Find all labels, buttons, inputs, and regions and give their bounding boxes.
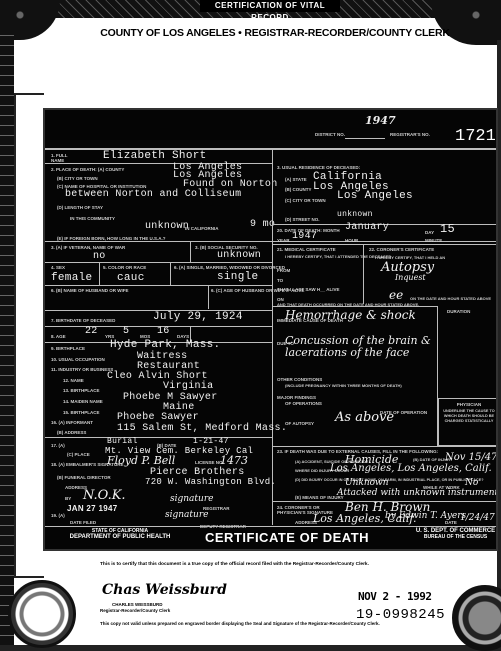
residence-street: unknown bbox=[337, 210, 373, 219]
burial-date: 1-21-47 bbox=[193, 437, 229, 446]
registrar-number: 1721 bbox=[455, 127, 496, 146]
race: cauc bbox=[117, 272, 145, 284]
sex: female bbox=[51, 272, 92, 284]
age-days: 16 bbox=[157, 326, 170, 337]
physician-box-note: Underline the cause to which death shoul… bbox=[439, 407, 498, 426]
validity-note: This copy not valid unless prepared on e… bbox=[100, 621, 380, 627]
birthdate: July 29, 1924 bbox=[153, 311, 243, 323]
deputy-signature: signature bbox=[165, 510, 208, 520]
coroner-initials: ee bbox=[389, 288, 403, 302]
certification-banner: CERTIFICATION OF VITAL RECORD bbox=[200, 0, 340, 12]
death-certificate: 1947 District No. Registrar's No. 1721 1… bbox=[43, 108, 498, 551]
death-location-line: between Norton and Colliseum bbox=[65, 189, 241, 200]
age-years: 22 bbox=[85, 326, 98, 337]
autopsy-findings: As above bbox=[335, 410, 394, 425]
major-findings-label: Major findings bbox=[277, 395, 316, 400]
operations-label: Of operations bbox=[285, 401, 322, 406]
coroner-certificate-label: 22. Coroner's Certificate bbox=[369, 247, 434, 252]
federal-department: U. S. DEPT. OF COMMERCE BUREAU OF THE CE… bbox=[413, 528, 498, 540]
embossed-seal-icon bbox=[452, 585, 501, 651]
filed-date-label: 19. (a) bbox=[51, 513, 65, 518]
birthplace-label: 9. Birthplace bbox=[51, 346, 85, 351]
funeral-director-label: (b) Funeral Director bbox=[57, 475, 111, 480]
engraved-border-left bbox=[0, 30, 14, 651]
residence-city: Los Angeles bbox=[337, 190, 413, 202]
full-name: Elizabeth Short bbox=[103, 150, 207, 162]
while-at-work: No bbox=[465, 478, 478, 488]
means-of-injury: Attacked with unknown instrument bbox=[337, 488, 498, 498]
occupation-label: 10. Usual Occupation bbox=[51, 357, 105, 362]
birthplace: Hyde Park, Mass. bbox=[110, 339, 220, 351]
in-california-label: In California bbox=[185, 226, 219, 231]
coroner-date-label: Date bbox=[445, 520, 457, 525]
death-day-label: Day bbox=[425, 230, 434, 235]
state-department: STATE OF CALIFORNIA DEPARTMENT OF PUBLIC… bbox=[55, 528, 185, 540]
embalmer-signature: Floyd P. Bell bbox=[107, 454, 175, 467]
other-conditions-label: Other conditions bbox=[277, 377, 322, 382]
age-months: 5 bbox=[123, 326, 129, 337]
marital-status-label: 6. (a) Single, Married, Widowed or Divor… bbox=[174, 265, 285, 270]
residence-street-label: (d) Street No. bbox=[285, 217, 320, 222]
nok-signature: N.O.K. bbox=[83, 488, 126, 503]
registrar-no-label: Registrar's No. bbox=[390, 132, 430, 137]
industry-label: 11. Industry or Business bbox=[51, 367, 113, 372]
filed-date: JAN 27 1947 bbox=[67, 504, 117, 513]
registrar-signature: signature bbox=[170, 494, 213, 504]
by-label: By bbox=[65, 496, 71, 501]
medical-from-label: from bbox=[277, 268, 290, 273]
autopsy-label: Of autopsy bbox=[285, 421, 314, 426]
certificate-title: CERTIFICATE OF DEATH bbox=[205, 530, 369, 545]
department-name: DEPARTMENT OF PUBLIC HEALTH bbox=[55, 534, 185, 540]
attestation-text: This is to certify that this document is… bbox=[100, 562, 369, 567]
marital-status: single bbox=[217, 271, 258, 283]
death-day: 15 bbox=[440, 222, 455, 236]
embalmer-license: 1473 bbox=[220, 454, 248, 467]
father-birthplace: Virginia bbox=[163, 381, 213, 392]
border-bottom bbox=[0, 645, 501, 651]
burial-type: Burial bbox=[107, 437, 138, 446]
medical-certificate-label: 21. Medical Certificate bbox=[277, 247, 336, 252]
veteran-label: 3. (a) If Veteran, Name of War bbox=[51, 245, 125, 250]
death-hour-label: Hour bbox=[345, 238, 358, 243]
spouse-name-label: 6. (b) Name of Husband or Wife bbox=[51, 288, 129, 293]
injury-where: Los Angeles, Los Angeles, Calif. bbox=[330, 463, 492, 474]
district-no-label: District No. bbox=[315, 132, 345, 137]
immediate-cause: Hemorrhage & shock bbox=[285, 309, 435, 321]
death-month: January bbox=[345, 222, 389, 233]
length-of-stay-label: (d) Length of Stay bbox=[57, 205, 103, 210]
bureau-of-census: BUREAU OF THE CENSUS bbox=[413, 534, 498, 540]
engraved-border-top: CERTIFICATION OF VITAL RECORD bbox=[0, 0, 501, 18]
county-header: COUNTY OF LOS ANGELES • REGISTRAR-RECORD… bbox=[100, 27, 450, 39]
inquest-note: Inquest bbox=[395, 273, 426, 282]
mother-maiden-name-label: 14. Maiden Name bbox=[63, 399, 103, 404]
other-conditions-note: (Include pregnancy within three months o… bbox=[285, 383, 402, 388]
informant: Phoebe Sawyer bbox=[117, 412, 199, 423]
mother-birthplace-label: 15. Birthplace bbox=[63, 410, 100, 415]
coroner-date: 1/24/47 bbox=[460, 513, 495, 523]
registrar-recorder-signature: Chas Weissburd bbox=[102, 582, 227, 598]
residence-state-label: (a) State bbox=[285, 177, 307, 182]
issue-date: NOV 2 - 1992 bbox=[358, 590, 431, 603]
medical-last-saw-label: that I last saw h__ alive bbox=[277, 287, 340, 292]
place-of-death-label: 2. Place of Death: (a) County bbox=[51, 167, 124, 172]
veteran: no bbox=[93, 251, 106, 262]
burial-label: 17. (a) bbox=[51, 443, 65, 448]
residence-county-label: (b) County bbox=[285, 187, 312, 192]
funeral-address: 720 W. Washington Blvd. bbox=[145, 477, 276, 487]
age-label: 8. Age bbox=[51, 334, 66, 339]
physician-box: Physician Underline the cause to which d… bbox=[438, 398, 498, 446]
father-name-label: 12. Name bbox=[63, 378, 84, 383]
in-community: unknown bbox=[145, 221, 189, 232]
signer-name: CHARLES WEISSBURD bbox=[112, 602, 163, 607]
due-to: Concussion of the brain & lacerations of… bbox=[285, 335, 435, 359]
death-minute-label: Minute bbox=[425, 238, 442, 243]
signer-title: Registrar-Recorder/County Clerk bbox=[100, 608, 170, 613]
date-filed-label: Date Filed bbox=[70, 520, 96, 525]
coroner-address: Los Angeles, Calif. bbox=[313, 512, 417, 525]
father-birthplace-label: 13. Birthplace bbox=[63, 388, 100, 393]
sex-label: 4. Sex bbox=[51, 265, 65, 270]
certificate-frame bbox=[14, 93, 44, 578]
injury-place: Unknown bbox=[345, 478, 389, 488]
in-community-label: In this community bbox=[70, 216, 115, 221]
injury-place-label: (d) Did injury occur in or about home, o… bbox=[295, 478, 484, 482]
death-city-label: (b) City or Town bbox=[57, 176, 98, 181]
medical-to-label: to bbox=[277, 278, 283, 283]
race-label: 5. Color or Race bbox=[103, 265, 146, 270]
duration-label: Duration bbox=[447, 309, 470, 314]
usual-residence-label: 3. Usual Residence of Deceased: bbox=[277, 165, 360, 170]
residence-city-label: (c) City or Town bbox=[285, 198, 326, 203]
county-seal-icon bbox=[8, 580, 76, 648]
informant-address-label: (b) Address bbox=[57, 430, 86, 435]
burial-place-label: (c) Place bbox=[67, 452, 90, 457]
date-of-injury: Nov 15/47 bbox=[445, 452, 497, 463]
certificate-number: 19-0998245 bbox=[356, 607, 445, 623]
birthdate-label: 7. Birthdate of Deceased bbox=[51, 318, 115, 323]
full-name-label: 1. Full Name bbox=[51, 153, 69, 163]
social-security: unknown bbox=[217, 250, 261, 261]
informant-label: 16. (a) Informant bbox=[51, 420, 93, 425]
death-year-label: Year bbox=[277, 238, 290, 243]
certificate-year: 1947 bbox=[365, 114, 396, 127]
coroner-held-on-label: on the date and hour stated above bbox=[410, 296, 491, 301]
death-year: 1947 bbox=[292, 231, 317, 242]
informant-address: 115 Salem St, Medford Mass. bbox=[117, 423, 287, 434]
